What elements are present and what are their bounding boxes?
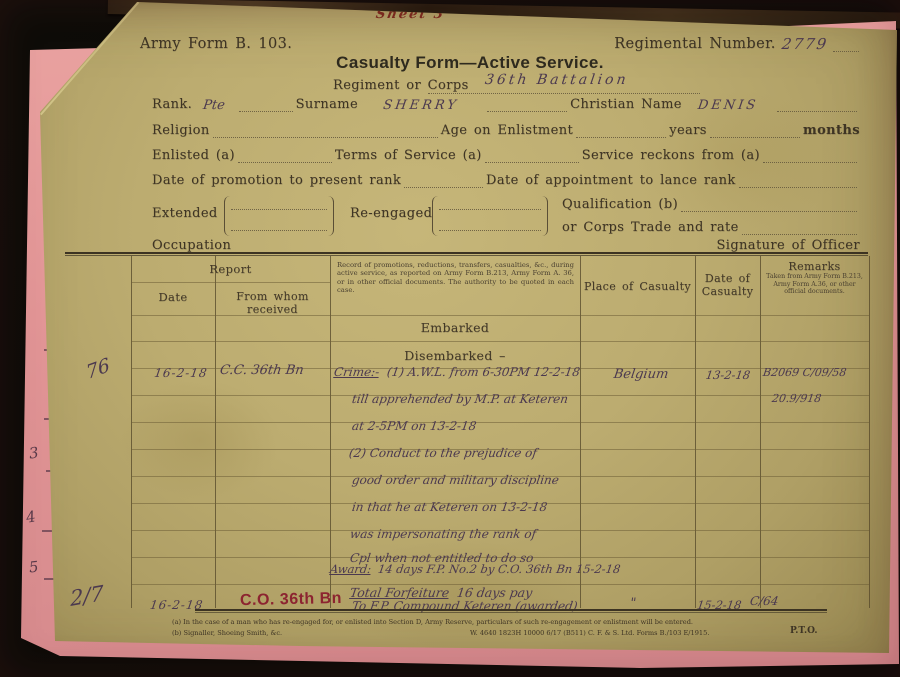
scanned-document: 3 4 5 ʃ Sheet 3 Army Form B. 103. Regime…: [0, 0, 900, 677]
vignette: [0, 0, 900, 677]
